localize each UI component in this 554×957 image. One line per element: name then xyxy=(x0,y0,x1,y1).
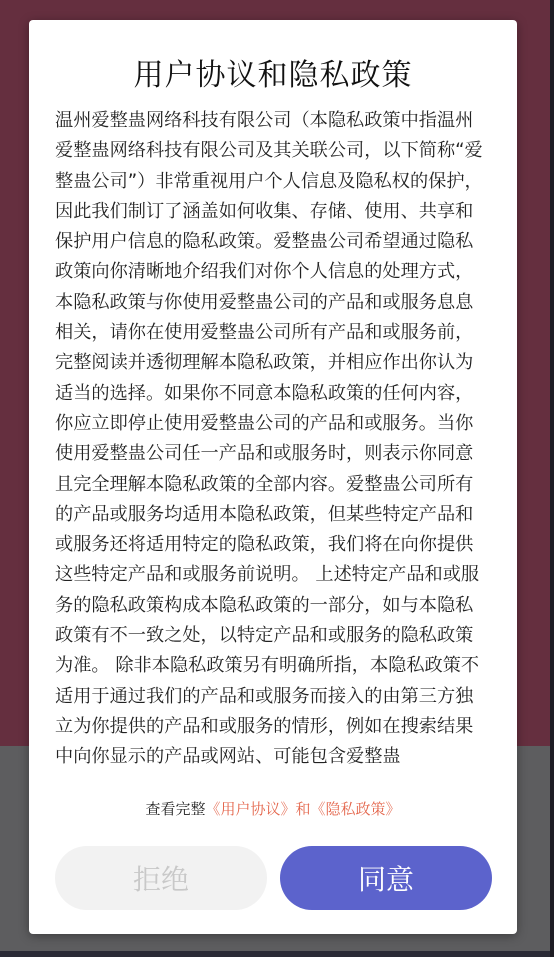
view-full-prefix: 查看完整 xyxy=(145,800,205,818)
agree-button[interactable]: 同意 xyxy=(280,846,492,910)
screen-edge xyxy=(550,0,554,957)
view-full-line: 查看完整《用户协议》和《隐私政策》 xyxy=(29,798,517,819)
navigation-bar xyxy=(0,951,554,957)
dialog-title: 用户协议和隐私政策 xyxy=(29,50,517,94)
privacy-dialog: 用户协议和隐私政策 温州爱整蛊网络科技有限公司（本隐私政策中指温州爱整蛊网络科技… xyxy=(29,20,517,934)
policy-text[interactable]: 温州爱整蛊网络科技有限公司（本隐私政策中指温州爱整蛊网络科技有限公司及其关联公司… xyxy=(55,106,491,773)
user-agreement-link[interactable]: 《用户协议》 xyxy=(205,800,295,818)
privacy-policy-link[interactable]: 《隐私政策》 xyxy=(311,800,401,818)
reject-button[interactable]: 拒绝 xyxy=(55,846,267,910)
and-text: 和 xyxy=(296,800,311,818)
